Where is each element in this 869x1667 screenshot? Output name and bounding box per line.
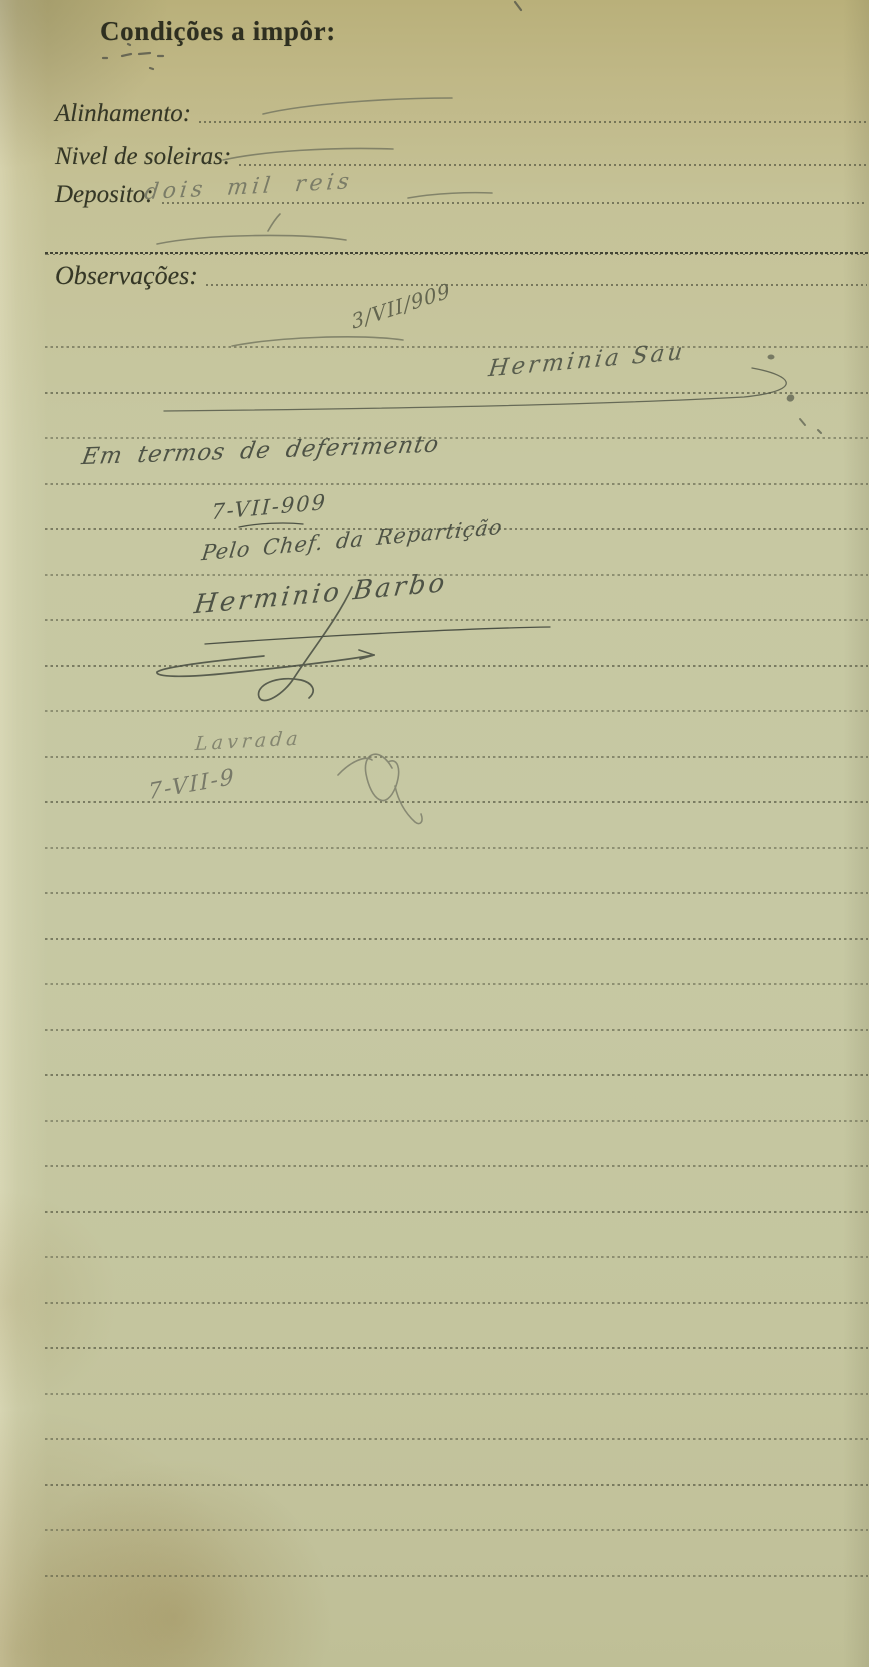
ruled-line <box>45 1393 869 1395</box>
pencil-note-lavrada-handwriting: Lavrada <box>194 729 302 754</box>
ruled-line <box>45 574 869 576</box>
ruled-line <box>45 392 869 394</box>
pencil-initials-paraph <box>338 754 422 823</box>
date-underline-stroke <box>239 523 303 527</box>
field-row-nivel: Nivel de soleiras: <box>55 143 867 171</box>
ruled-line <box>45 665 869 667</box>
ruled-line <box>45 437 869 439</box>
dotted-leader <box>206 284 867 286</box>
field-pencil-marks <box>157 98 492 346</box>
ruled-line <box>45 1029 869 1031</box>
ruled-line <box>45 847 869 849</box>
ink-smudges <box>769 356 822 434</box>
deferment-date-handwriting: 7-VII-909 <box>211 492 328 523</box>
ruled-line <box>45 483 869 485</box>
divider-line <box>45 252 869 255</box>
field-label-nivel: Nivel de soleiras: <box>55 143 239 171</box>
ruled-line <box>45 756 869 758</box>
ruled-line <box>45 1484 869 1486</box>
field-label-alinhamento: Alinhamento: <box>55 100 199 128</box>
field-label-observacoes: Observações: <box>55 262 206 291</box>
field-row-observacoes: Observações: <box>55 262 867 291</box>
ruled-line <box>45 619 869 621</box>
dotted-leader <box>239 164 867 166</box>
handwriting-strokes-svg <box>0 0 869 1667</box>
ruled-line <box>45 1529 869 1531</box>
ruled-line <box>45 892 869 894</box>
ruled-line <box>45 938 869 940</box>
pelo-chefe-note-handwriting: Pelo Chef. da Repartição <box>200 517 503 565</box>
field-row-alinhamento: Alinhamento: <box>55 100 867 128</box>
ruled-line <box>45 1438 869 1440</box>
ruled-line <box>45 983 869 985</box>
ruled-line <box>45 710 869 712</box>
ruled-line <box>45 1120 869 1122</box>
pencil-date-handwriting: 7-VII-9 <box>148 767 236 805</box>
ruled-line <box>45 1575 869 1577</box>
ruled-line <box>45 1302 869 1304</box>
ruled-line <box>45 1347 869 1349</box>
scanned-form-page: Condições a impôr: Alinhamento: Nivel de… <box>0 0 869 1667</box>
ruled-line <box>45 1256 869 1258</box>
signature-chefe-underline <box>205 627 550 644</box>
below-deposito-stroke <box>157 235 346 244</box>
observation-stroke <box>232 337 403 346</box>
signature-herminia-flourish <box>164 368 786 411</box>
ruled-line <box>45 1211 869 1213</box>
page-title: Condições a impôr: <box>100 16 336 47</box>
dotted-leader <box>162 202 867 204</box>
dotted-leader <box>199 121 867 123</box>
ruled-line <box>45 1074 869 1076</box>
ruled-line <box>45 1165 869 1167</box>
signature-chefe-handwriting: Herminio Barbo <box>193 570 449 619</box>
ruled-line <box>45 346 869 348</box>
